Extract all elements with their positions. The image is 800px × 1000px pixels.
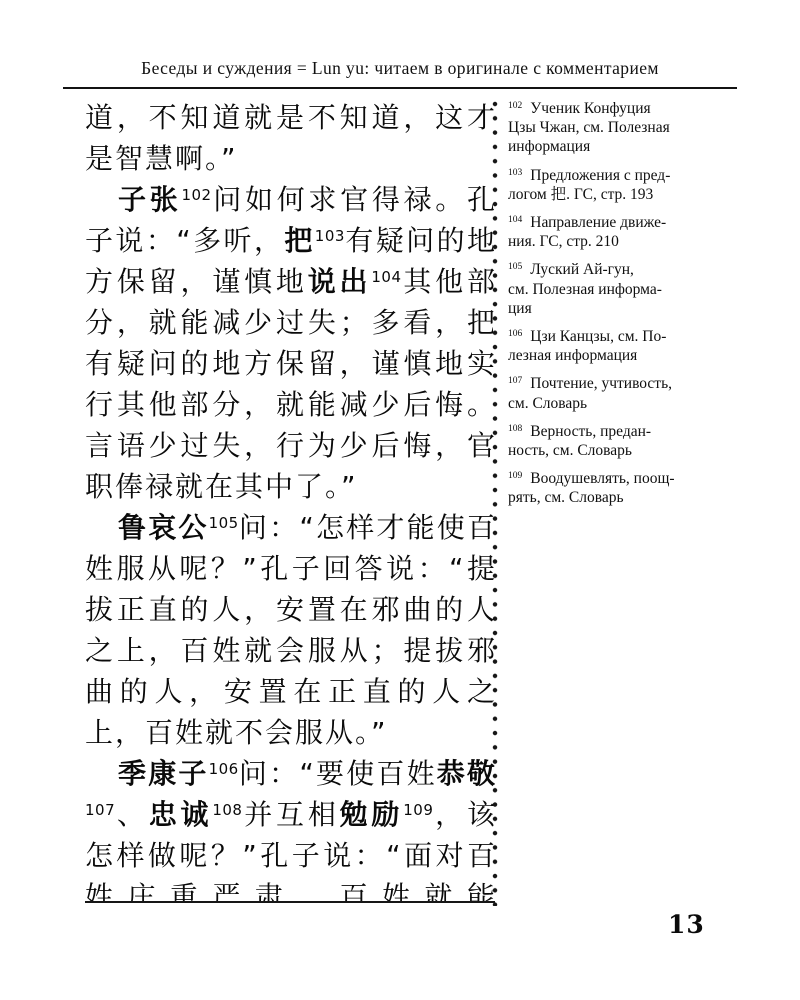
footnote-marker: 104 [508, 215, 522, 225]
footnote-text: Предложения с пред-логом 把. ГС, стр. 193 [508, 167, 670, 203]
footnote-reference: 102 [181, 186, 211, 204]
text-run: 并互相 [242, 798, 339, 831]
emphasized-term: 勉励 [340, 798, 404, 831]
footnote-item: 104Направление движе-ния. ГС, стр. 210 [508, 213, 741, 251]
footnote-item: 103Предложения с пред-логом 把. ГС, стр. … [508, 166, 741, 204]
footnote-item: 106Цзи Канцзы, см. По-лезная информация [508, 327, 741, 365]
main-text-column: 道，不知道就是不知道，这才是智慧啊。”子张102问如何求官得禄。孔子说：“多听，… [85, 97, 497, 901]
footnote-line: лезная информация [508, 347, 637, 364]
main-column-bottom-rule [85, 901, 495, 903]
main-paragraph: 鲁哀公105问：“怎样才能使百姓服从呢？”孔子回答说：“提拔正直的人，安置在邪曲… [85, 507, 497, 753]
footnote-item: 108Верность, предан-ность, см. Словарь [508, 422, 741, 460]
footnote-reference: 104 [371, 268, 401, 286]
footnote-text: Воодушевлять, поощ-рять, см. Словарь [508, 470, 675, 506]
page-background: Беседы и суждения = Lun yu: читаем в ори… [0, 0, 800, 1000]
emphasized-term: 季康子 [118, 757, 209, 790]
footnote-line: ния. ГС, стр. 210 [508, 233, 619, 250]
footnote-line: Луский Ай-гун, [530, 261, 634, 278]
footnote-marker: 103 [508, 168, 522, 178]
footnote-marker: 105 [508, 262, 522, 272]
footnote-line: см. Словарь [508, 395, 587, 412]
column-divider-dotted-line [492, 100, 498, 906]
footnotes-column: 102Ученик КонфуцияЦзы Чжан, см. Полезная… [508, 99, 741, 517]
emphasized-term: 恭敬 [437, 757, 497, 790]
footnote-line: Верность, предан- [530, 423, 651, 440]
footnote-reference: 107 [85, 801, 115, 819]
footnote-line: ция [508, 300, 532, 317]
book-page: { "header": { "title": "Беседы и суждени… [0, 0, 800, 1000]
footnote-line: информация [508, 138, 590, 155]
footnote-text: Верность, предан-ность, см. Словарь [508, 423, 651, 459]
footnote-marker: 102 [508, 101, 522, 111]
footnote-item: 105Луский Ай-гун,см. Полезная информа-ци… [508, 260, 741, 318]
footnote-line: Цзы Чжан, см. Полезная [508, 119, 670, 136]
footnote-text: Цзи Канцзы, см. По-лезная информация [508, 328, 666, 364]
text-run: 其他部分，就能减少过失；多看，把有疑问的地方保留，谨慎地实行其他部分，就能减少后… [85, 265, 497, 503]
running-header-title: Беседы и суждения = Lun yu: читаем в ори… [0, 58, 800, 79]
footnote-reference: 106 [209, 760, 239, 778]
footnote-line: Предложения с пред- [530, 167, 670, 184]
footnote-line: логом 把. ГС, стр. 193 [508, 186, 653, 203]
main-paragraph: 子张102问如何求官得禄。孔子说：“多听，把103有疑问的地方保留，谨慎地说出1… [85, 179, 497, 507]
footnote-marker: 109 [508, 471, 522, 481]
footnote-item: 107Почтение, учтивость,см. Словарь [508, 374, 741, 412]
footnote-text: Направление движе-ния. ГС, стр. 210 [508, 214, 666, 250]
footnote-reference: 108 [212, 801, 242, 819]
footnote-line: Почтение, учтивость, [530, 375, 672, 392]
footnote-item: 102Ученик КонфуцияЦзы Чжан, см. Полезная… [508, 99, 741, 157]
footnote-line: ность, см. Словарь [508, 442, 632, 459]
emphasized-term: 把 [284, 224, 314, 257]
main-paragraph: 季康子106问：“要使百姓恭敬107、忠诚108并互相勉励109，该怎样做呢？”… [85, 753, 497, 901]
emphasized-term: 鲁哀公 [118, 511, 209, 544]
text-run: 问：“要使百姓 [239, 757, 437, 790]
footnote-line: Цзи Канцзы, см. По- [530, 328, 666, 345]
footnote-text: Почтение, учтивость,см. Словарь [508, 375, 672, 411]
footnote-line: Ученик Конфуция [530, 100, 650, 117]
footnote-line: рять, см. Словарь [508, 489, 624, 506]
text-run: 道，不知道就是不知道，这才是智慧啊。” [85, 101, 497, 175]
main-paragraph: 道，不知道就是不知道，这才是智慧啊。” [85, 97, 497, 179]
footnote-reference: 105 [209, 514, 239, 532]
footnote-marker: 107 [508, 376, 522, 386]
footnote-text: Луский Ай-гун,см. Полезная информа-ция [508, 261, 662, 316]
emphasized-term: 说出 [308, 265, 372, 298]
page-number: 13 [668, 910, 705, 939]
header-rule [63, 87, 737, 89]
footnote-text: Ученик КонфуцияЦзы Чжан, см. Полезнаяинф… [508, 100, 670, 155]
footnote-line: Воодушевлять, поощ- [530, 470, 674, 487]
text-run: 问：“怎样才能使百姓服从呢？”孔子回答说：“提拔正直的人，安置在邪曲的人之上，百… [85, 511, 497, 749]
footnote-item: 109Воодушевлять, поощ-рять, см. Словарь [508, 469, 741, 507]
emphasized-term: 子张 [118, 183, 181, 216]
footnote-line: см. Полезная информа- [508, 281, 662, 298]
footnote-marker: 108 [508, 424, 522, 434]
emphasized-term: 忠诚 [149, 798, 213, 831]
footnote-marker: 106 [508, 329, 522, 339]
text-run: 、 [115, 798, 149, 831]
footnote-line: Направление движе- [530, 214, 666, 231]
footnote-reference: 109 [403, 801, 433, 819]
footnote-reference: 103 [315, 227, 345, 245]
